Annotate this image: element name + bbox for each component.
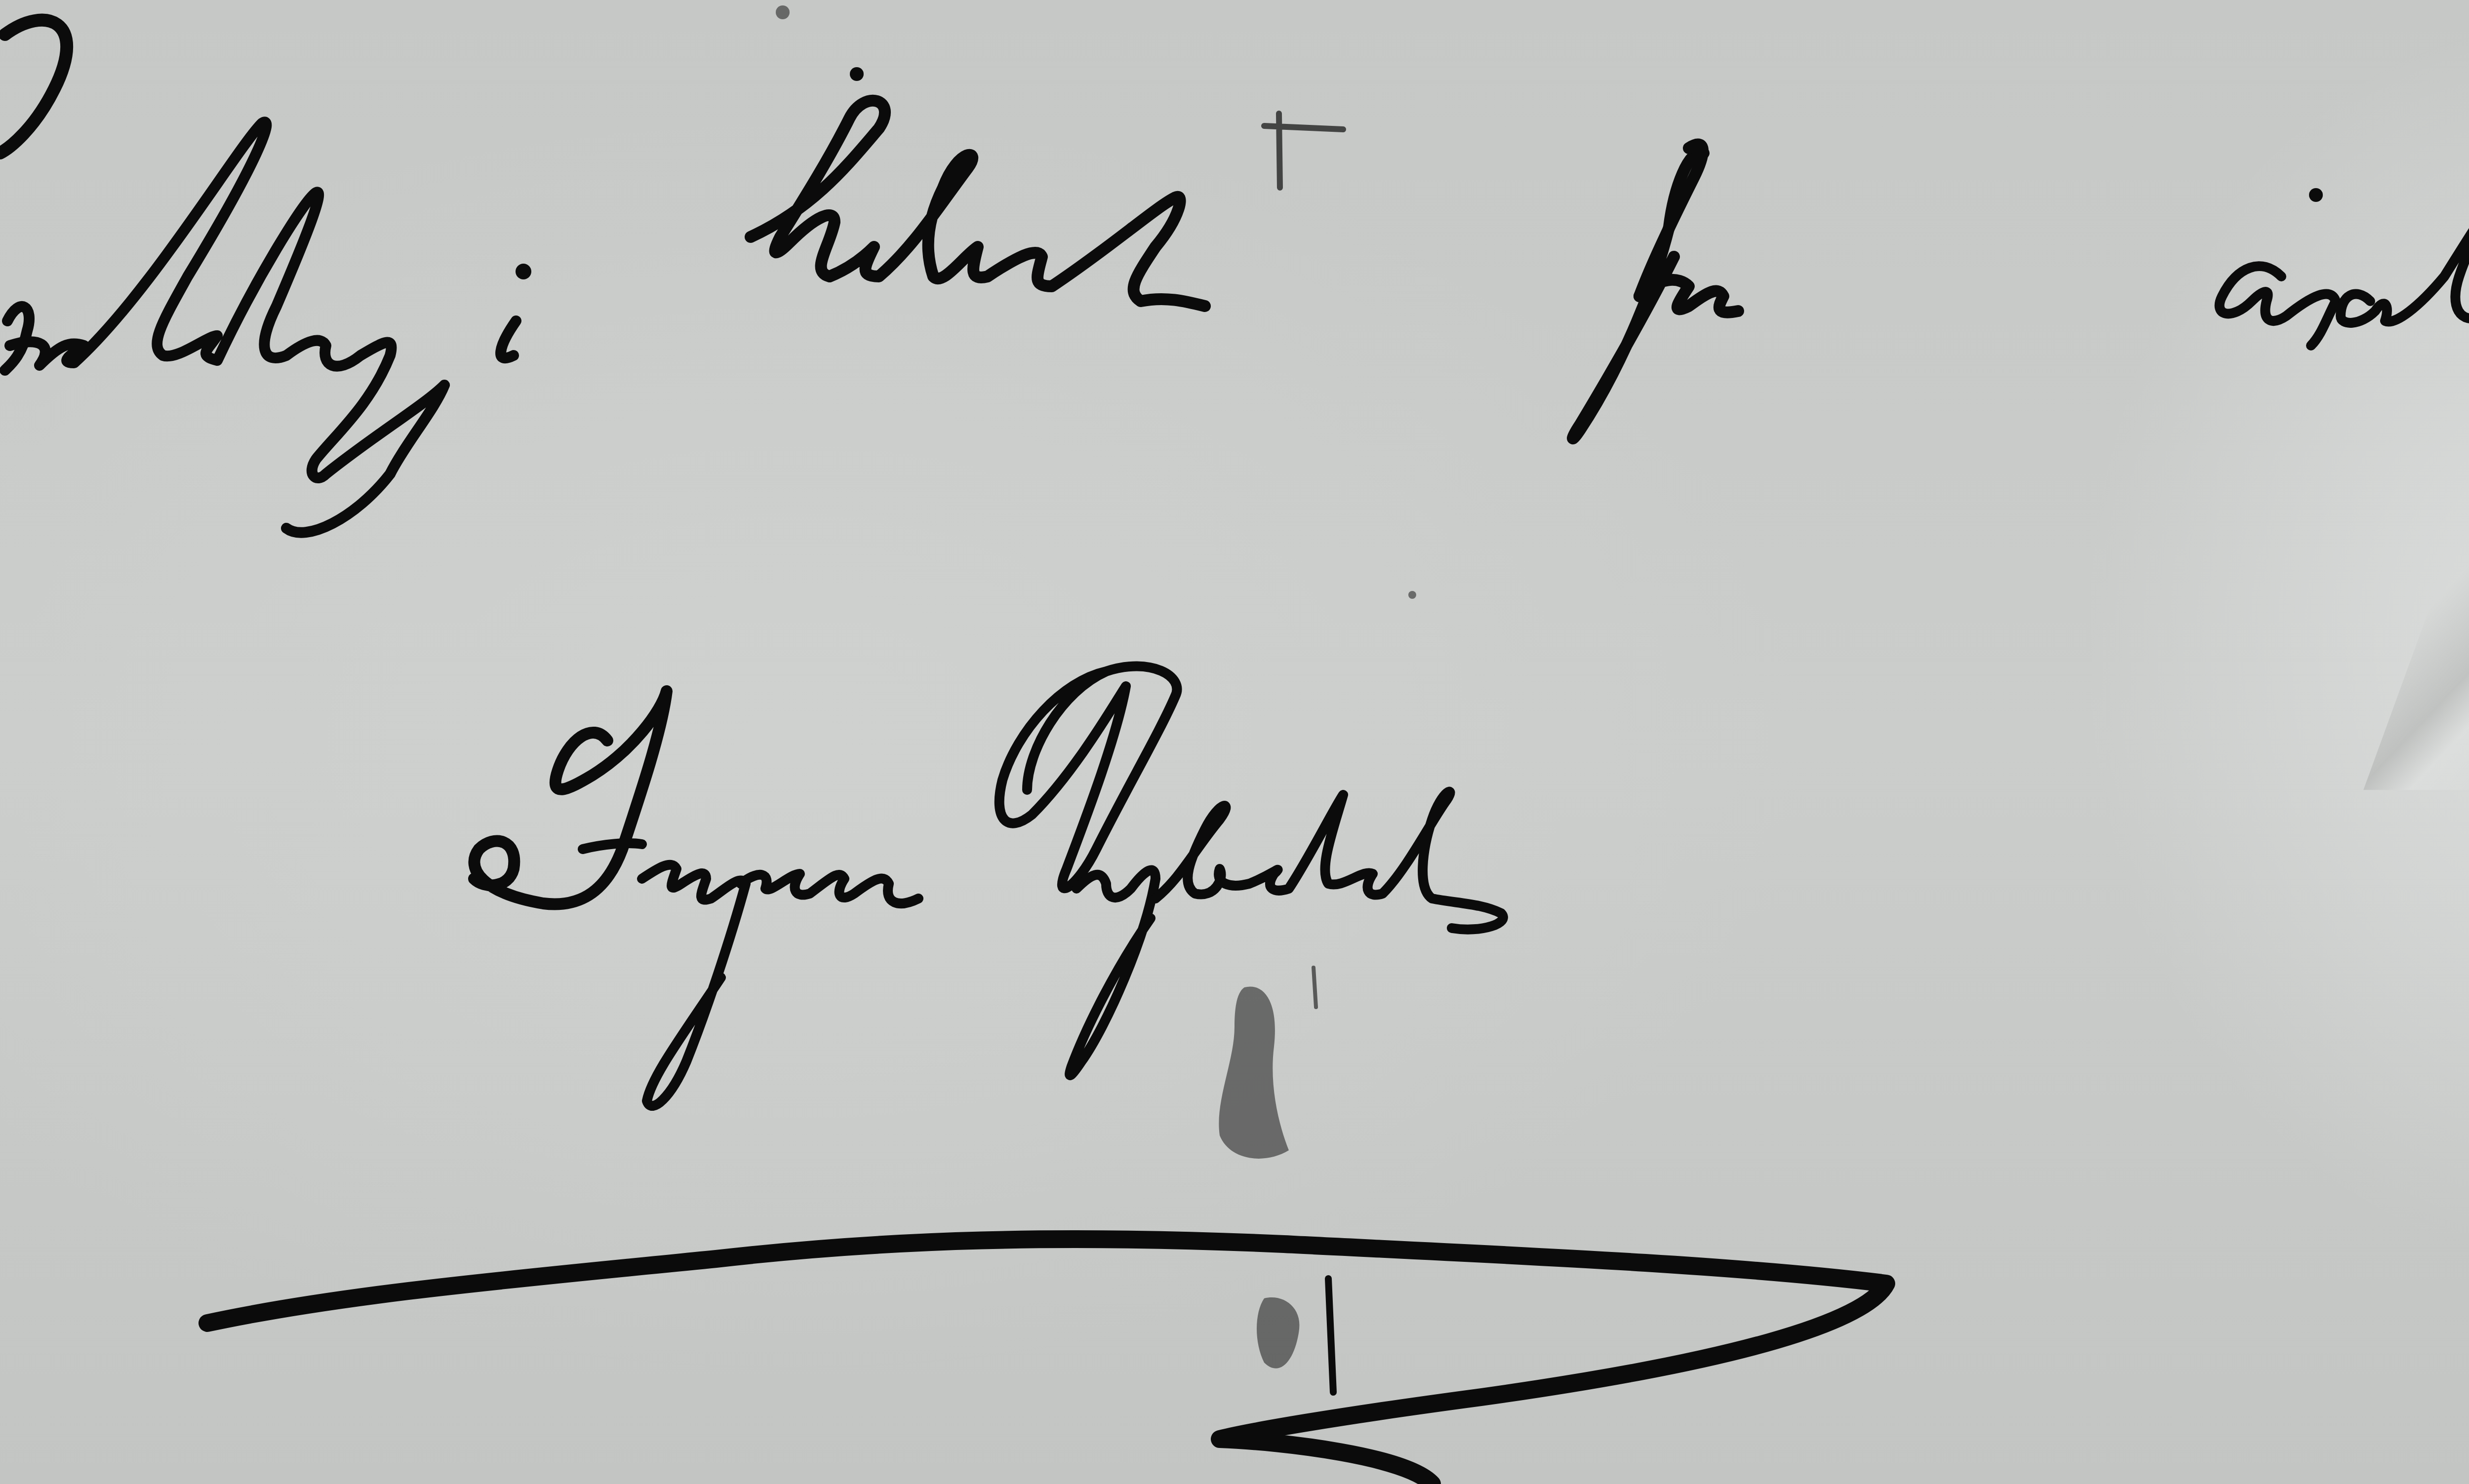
signature-ingvar-dybdal [474,666,1503,1106]
ink-smudge [1219,968,1316,1159]
word-fra [1573,145,1738,439]
word-rtelig [0,20,531,533]
word-al-partial [2220,188,2469,346]
signature-flourish [207,1239,1886,1484]
stray-marks [776,5,1416,599]
word-hilsen [751,67,1205,306]
handwriting-layer [0,0,2469,1484]
